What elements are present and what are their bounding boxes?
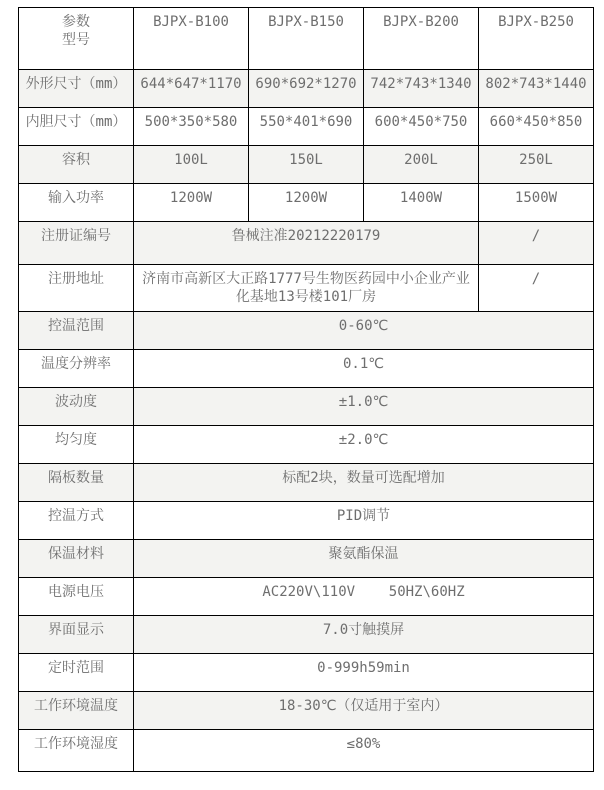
- table-row-reg-number: 注册证编号 鲁械注准20212220179 /: [19, 222, 594, 265]
- cell-value: 150L: [249, 146, 364, 184]
- row-label: 容积: [19, 146, 134, 184]
- row-label: 电源电压: [19, 578, 134, 616]
- table-row-ambient-temp: 工作环境温度 18-30℃（仅适用于室内）: [19, 692, 594, 730]
- cell-slash: /: [479, 265, 594, 312]
- cell-value-merged: ±2.0℃: [134, 426, 594, 464]
- cell-value: 1500W: [479, 184, 594, 222]
- cell-value: 1200W: [249, 184, 364, 222]
- row-label: 注册证编号: [19, 222, 134, 265]
- row-label: 定时范围: [19, 654, 134, 692]
- table-row-inner-size: 内胆尺寸（mm） 500*350*580 550*401*690 600*450…: [19, 108, 594, 146]
- corner-label-param: 参数: [21, 13, 131, 31]
- page: 参数 型号 BJPX-B100 BJPX-B150 BJPX-B200 BJPX…: [0, 0, 604, 790]
- cell-value: 550*401*690: [249, 108, 364, 146]
- cell-value-merged: 0.1℃: [134, 350, 594, 388]
- row-label: 工作环境温度: [19, 692, 134, 730]
- cell-value: 250L: [479, 146, 594, 184]
- row-label: 输入功率: [19, 184, 134, 222]
- cell-value: 802*743*1440: [479, 70, 594, 108]
- table-row-outer-size: 外形尺寸（mm） 644*647*1170 690*692*1270 742*7…: [19, 70, 594, 108]
- row-label: 外形尺寸（mm）: [19, 70, 134, 108]
- cell-value: 100L: [134, 146, 249, 184]
- cell-value: 200L: [364, 146, 479, 184]
- cell-value-merged: 7.0寸触摸屏: [134, 616, 594, 654]
- cell-value: 660*450*850: [479, 108, 594, 146]
- model-header-b250: BJPX-B250: [479, 8, 594, 70]
- cell-value-merged: AC220V\110V 50HZ\60HZ: [134, 578, 594, 616]
- row-label: 保温材料: [19, 540, 134, 578]
- model-header-b200: BJPX-B200: [364, 8, 479, 70]
- cell-value: 600*450*750: [364, 108, 479, 146]
- table-row-insulation: 保温材料 聚氨酯保温: [19, 540, 594, 578]
- table-row-temp-resolution: 温度分辨率 0.1℃: [19, 350, 594, 388]
- cell-slash: /: [479, 222, 594, 265]
- table-row-control-mode: 控温方式 PID调节: [19, 502, 594, 540]
- cell-value: 742*743*1340: [364, 70, 479, 108]
- table-row-ambient-humidity: 工作环境湿度 ≤80%: [19, 730, 594, 772]
- cell-value: 500*350*580: [134, 108, 249, 146]
- corner-label-model: 型号: [21, 31, 131, 49]
- corner-cell: 参数 型号: [19, 8, 134, 70]
- table-row-capacity: 容积 100L 150L 200L 250L: [19, 146, 594, 184]
- header-row: 参数 型号 BJPX-B100 BJPX-B150 BJPX-B200 BJPX…: [19, 8, 594, 70]
- table-row-fluctuation: 波动度 ±1.0℃: [19, 388, 594, 426]
- table-row-input-power: 输入功率 1200W 1200W 1400W 1500W: [19, 184, 594, 222]
- spec-table: 参数 型号 BJPX-B100 BJPX-B150 BJPX-B200 BJPX…: [18, 7, 594, 772]
- cell-value-merged: 0-999h59min: [134, 654, 594, 692]
- row-label: 工作环境湿度: [19, 730, 134, 772]
- cell-value-merged: 聚氨酯保温: [134, 540, 594, 578]
- row-label: 控温方式: [19, 502, 134, 540]
- row-label: 隔板数量: [19, 464, 134, 502]
- cell-value-merged: 18-30℃（仅适用于室内）: [134, 692, 594, 730]
- row-label: 内胆尺寸（mm）: [19, 108, 134, 146]
- row-label: 均匀度: [19, 426, 134, 464]
- cell-value-merged: ≤80%: [134, 730, 594, 772]
- model-header-b150: BJPX-B150: [249, 8, 364, 70]
- model-header-b100: BJPX-B100: [134, 8, 249, 70]
- spec-table-wrap: 参数 型号 BJPX-B100 BJPX-B150 BJPX-B200 BJPX…: [18, 7, 594, 772]
- cell-value-merged: PID调节: [134, 502, 594, 540]
- cell-value-merged: 0-60℃: [134, 312, 594, 350]
- table-row-power-supply: 电源电压 AC220V\110V 50HZ\60HZ: [19, 578, 594, 616]
- cell-value-merged: 标配2块，数量可选配增加: [134, 464, 594, 502]
- cell-value: 690*692*1270: [249, 70, 364, 108]
- row-label: 注册地址: [19, 265, 134, 312]
- row-label: 控温范围: [19, 312, 134, 350]
- row-label: 温度分辨率: [19, 350, 134, 388]
- table-row-shelves: 隔板数量 标配2块，数量可选配增加: [19, 464, 594, 502]
- cell-value-merged: 鲁械注准20212220179: [134, 222, 479, 265]
- row-label: 波动度: [19, 388, 134, 426]
- table-row-temp-range: 控温范围 0-60℃: [19, 312, 594, 350]
- cell-value: 1400W: [364, 184, 479, 222]
- cell-value-merged: ±1.0℃: [134, 388, 594, 426]
- table-row-timer-range: 定时范围 0-999h59min: [19, 654, 594, 692]
- table-row-uniformity: 均匀度 ±2.0℃: [19, 426, 594, 464]
- cell-value: 644*647*1170: [134, 70, 249, 108]
- cell-value-merged: 济南市高新区大正路1777号生物医药园中小企业产业 化基地13号楼101厂房: [134, 265, 479, 312]
- row-label: 界面显示: [19, 616, 134, 654]
- table-row-display: 界面显示 7.0寸触摸屏: [19, 616, 594, 654]
- table-row-reg-address: 注册地址 济南市高新区大正路1777号生物医药园中小企业产业 化基地13号楼10…: [19, 265, 594, 312]
- cell-value: 1200W: [134, 184, 249, 222]
